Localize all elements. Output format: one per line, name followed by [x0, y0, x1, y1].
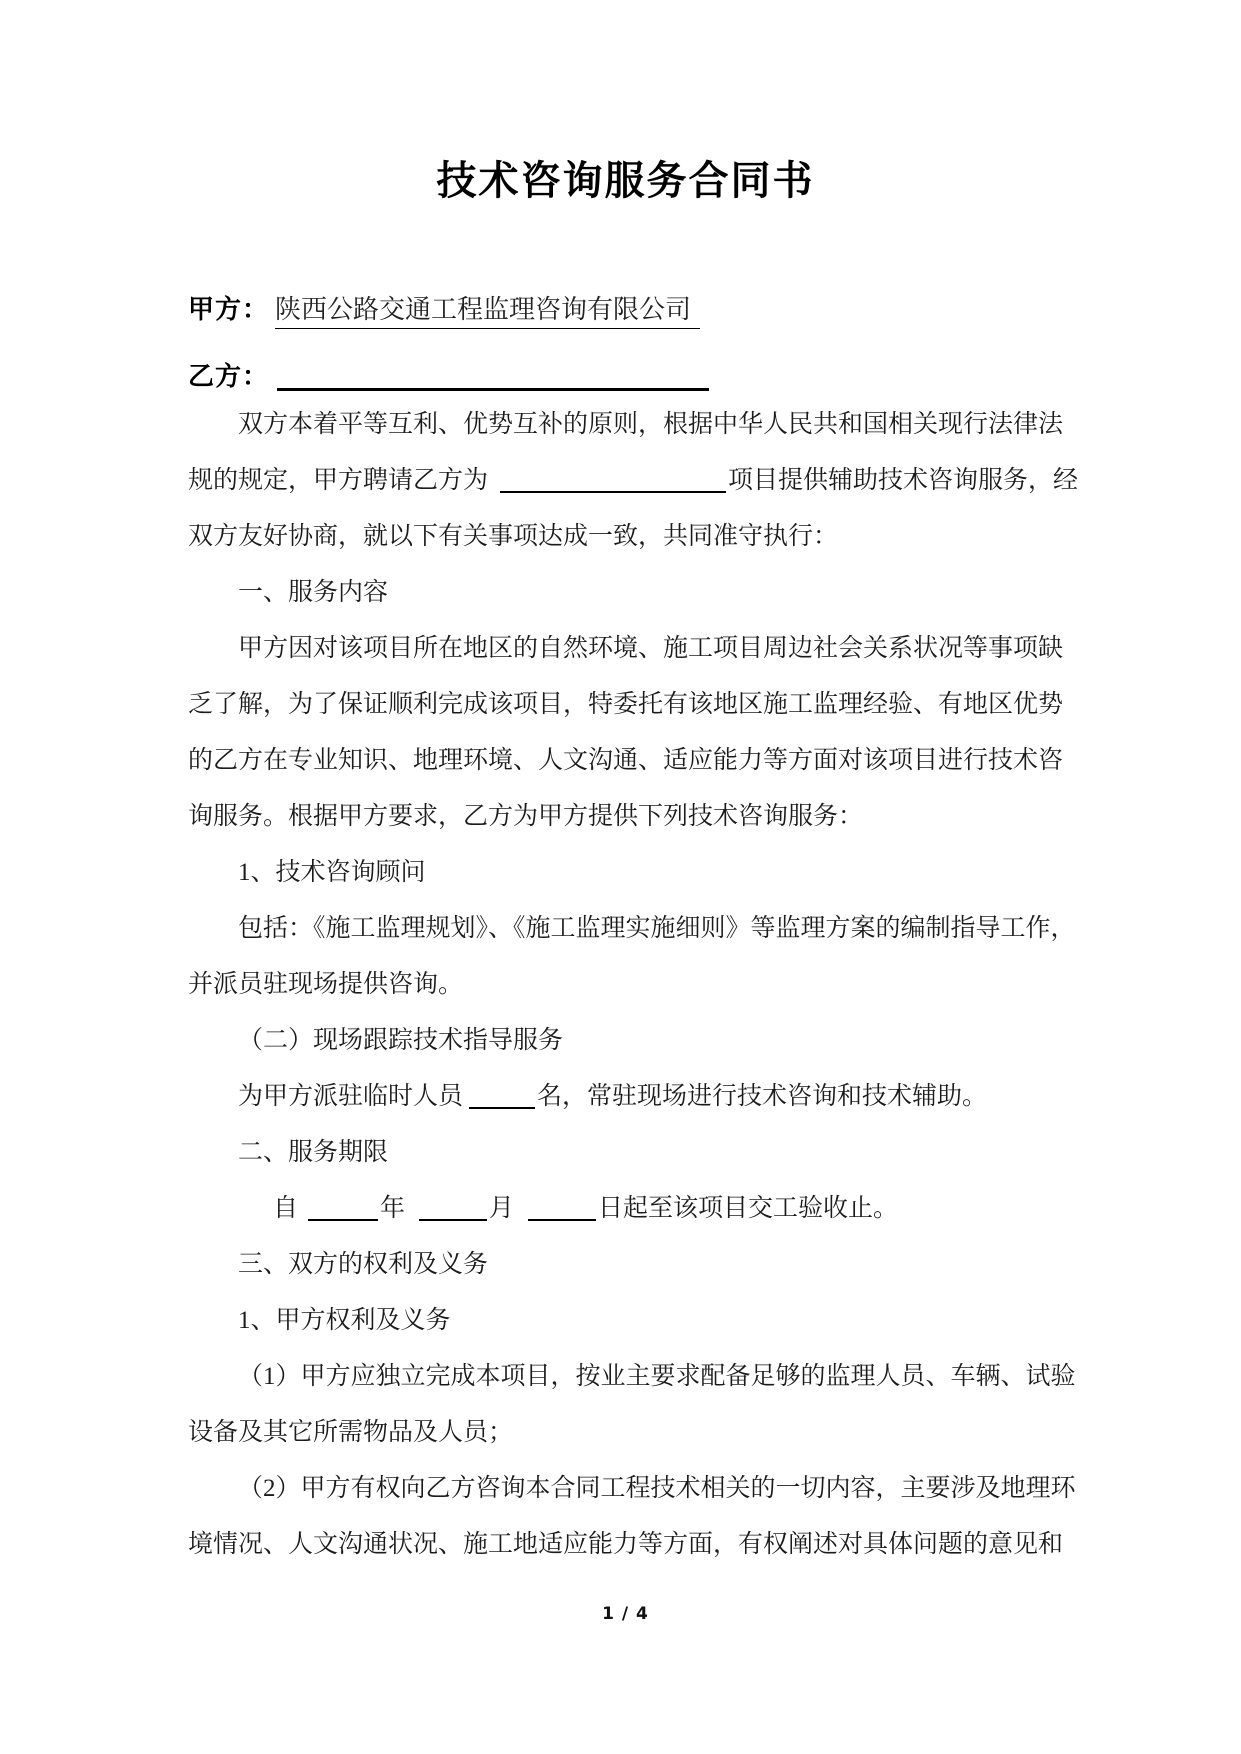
item-2-before: 为甲方派驻临时人员: [238, 1083, 463, 1110]
intro-line-3: 双方友好协商，就以下有关事项达成一致，共同准守执行：: [188, 509, 1063, 565]
section-1-line-2: 乏了解，为了保证顺利完成该项目，特委托有该地区施工监理经验、有地区优势: [188, 677, 1063, 733]
section-3-item-2-line-1: （2）甲方有权向乙方咨询本合同工程技术相关的一切内容，主要涉及地理环: [188, 1461, 1063, 1517]
date-seg-month: 月: [489, 1195, 514, 1222]
party-a-value: 陕西公路交通工程监理咨询有限公司: [275, 294, 700, 329]
section-1-line-4: 询服务。根据甲方要求，乙方为甲方提供下列技术咨询服务：: [188, 789, 1063, 845]
page-number: 1 / 4: [188, 1604, 1063, 1624]
party-b-label: 乙方：: [188, 362, 269, 392]
section-3-item-2-line-2: 境情况、人文沟通状况、施工地适应能力等方面，有权阐述对具体问题的意见和: [188, 1517, 1063, 1573]
party-b-line: 乙方：: [188, 361, 1063, 393]
item-2-after: 名，常驻现场进行技术咨询和技术辅助。: [537, 1083, 987, 1110]
intro-line-2: 规的规定，甲方聘请乙方为项目提供辅助技术咨询服务，经: [188, 453, 1063, 509]
section-2-date-line: 自年月日起至该项目交工验收止。: [188, 1181, 1063, 1237]
staff-count-blank-underline: [469, 1082, 535, 1109]
page-title: 技术咨询服务合同书: [188, 0, 1063, 204]
intro-line-1: 双方本着平等互利、优势互补的原则，根据中华人民共和国相关现行法律法: [188, 397, 1063, 453]
intro-line-2-after: 项目提供辅助技术咨询服务，经: [728, 467, 1078, 494]
document-content: 技术咨询服务合同书 甲方：陕西公路交通工程监理咨询有限公司 乙方： 双方本着平等…: [188, 0, 1063, 1573]
contract-page: 技术咨询服务合同书 甲方：陕西公路交通工程监理咨询有限公司 乙方： 双方本着平等…: [0, 0, 1241, 1754]
item-1-line-2: 并派员驻现场提供咨询。: [188, 957, 1063, 1013]
day-blank-underline: [528, 1194, 596, 1221]
section-2-heading: 二、服务期限: [188, 1125, 1063, 1181]
intro-line-2-before: 规的规定，甲方聘请乙方为: [188, 467, 488, 494]
section-3-item-1-line-2: 设备及其它所需物品及人员；: [188, 1405, 1063, 1461]
party-a-line: 甲方：陕西公路交通工程监理咨询有限公司: [188, 294, 1063, 329]
party-b-blank-underline: [277, 362, 709, 391]
item-1-heading: 1、技术咨询顾问: [188, 845, 1063, 901]
section-1-line-3: 的乙方在专业知识、地理环境、人文沟通、适应能力等方面对该项目进行技术咨: [188, 733, 1063, 789]
section-1-heading: 一、服务内容: [188, 565, 1063, 621]
month-blank-underline: [419, 1194, 487, 1221]
item-2-line-1: 为甲方派驻临时人员名，常驻现场进行技术咨询和技术辅助。: [188, 1069, 1063, 1125]
party-a-label: 甲方：: [188, 295, 269, 325]
section-1-line-1: 甲方因对该项目所在地区的自然环境、施工项目周边社会关系状况等事项缺: [188, 621, 1063, 677]
year-blank-underline: [308, 1194, 378, 1221]
date-seg-year: 年: [380, 1195, 405, 1222]
section-3-heading: 三、双方的权利及义务: [188, 1237, 1063, 1293]
date-seg-zi: 自: [273, 1195, 298, 1222]
item-2-heading: （二）现场跟踪技术指导服务: [188, 1013, 1063, 1069]
section-3-sub-1-heading: 1、甲方权利及义务: [188, 1293, 1063, 1349]
item-1-line-1: 包括：《施工监理规划》、《施工监理实施细则》等监理方案的编制指导工作，: [188, 901, 1063, 957]
project-name-blank-underline: [500, 466, 726, 493]
contract-body: 双方本着平等互利、优势互补的原则，根据中华人民共和国相关现行法律法 规的规定，甲…: [188, 397, 1063, 1573]
section-3-item-1-line-1: （1）甲方应独立完成本项目，按业主要求配备足够的监理人员、车辆、试验: [188, 1349, 1063, 1405]
date-seg-end: 日起至该项目交工验收止。: [598, 1195, 898, 1222]
